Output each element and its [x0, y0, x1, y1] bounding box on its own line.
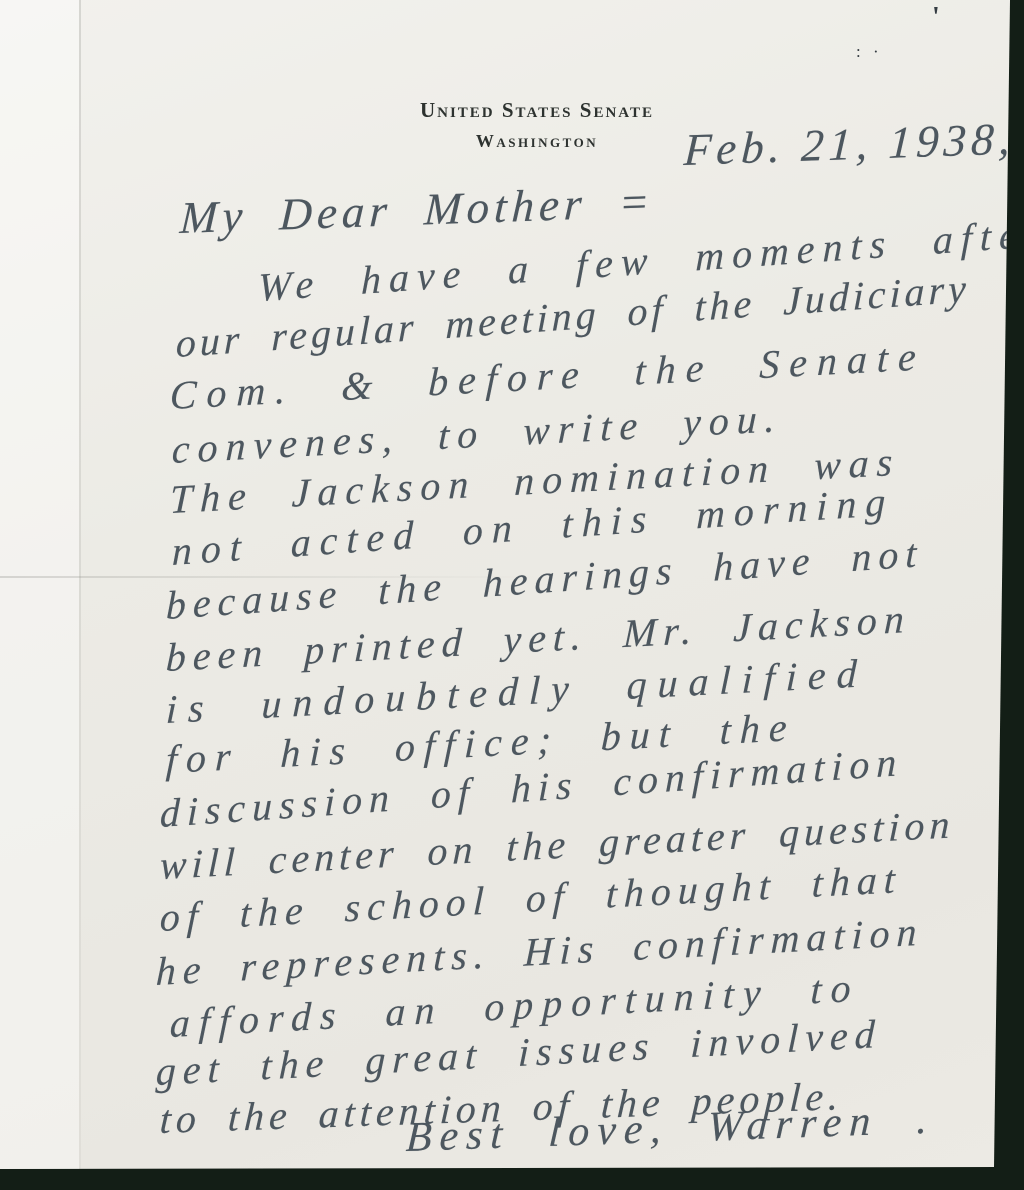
- fold-crease-vertical: [79, 0, 81, 1190]
- ink-speck-top-right: ': [932, 2, 940, 34]
- letter-salutation: My Dear Mother =: [179, 175, 656, 244]
- letterhead: United States Senate Washington: [387, 98, 687, 152]
- letterhead-title: United States Senate: [387, 98, 687, 123]
- paper-left-fold-panel: [0, 0, 79, 1190]
- letterhead-subtitle: Washington: [387, 131, 687, 152]
- letter-paper: United States Senate Washington Feb. 21,…: [0, 0, 1024, 1190]
- ink-speck-dots: : ·: [856, 42, 883, 62]
- letter-date: Feb. 21, 1938,: [683, 112, 1017, 176]
